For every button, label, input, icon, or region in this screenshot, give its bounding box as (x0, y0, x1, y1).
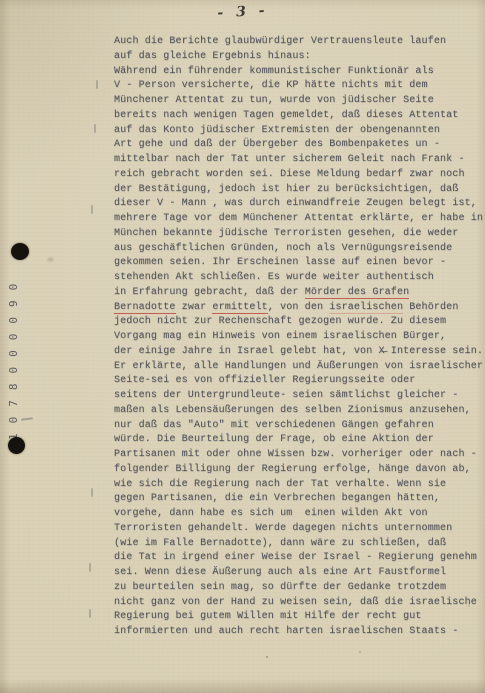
punch-hole-bottom (8, 437, 25, 454)
text-line: Während ein führender kommunistischer Fu… (114, 65, 485, 80)
document-page: - 3 - 1078000090 Auch die Berichte glaub… (0, 0, 485, 693)
text-line: Regierung bei gutem Willen mit Hilfe der… (114, 610, 485, 625)
pencil-tick-mark (89, 563, 91, 572)
margin-number-stamp: 1078000090 (7, 260, 20, 440)
text-line: bereits nach wenigen Tagen gemeldet, daß… (114, 109, 485, 124)
text-line: auf das gleiche Ergebnis hinaus: (114, 50, 485, 65)
text-line: folgender Billigung der Regierung erfolg… (114, 463, 485, 478)
punch-hole-top (11, 243, 29, 260)
text-line: Art gehe und daß der Übergeber des Bombe… (114, 138, 485, 153)
pencil-dash-mark (21, 417, 33, 420)
paper-speck (359, 651, 361, 653)
text-line: sei. Wenn diese Äußerung auch als eine A… (114, 566, 485, 581)
text-line: in Erfahrung gebracht, daß der Mörder de… (114, 286, 485, 301)
text-line: nicht ganz von der Hand zu weisen sein, … (114, 596, 485, 611)
pencil-tick-mark (94, 124, 96, 133)
text-line: zu beurteilen sein mag, so dürfte der Ge… (114, 581, 485, 596)
typewritten-text: Auch die Berichte glaubwürdiger Vertraue… (114, 35, 485, 640)
red-underline: Bernadotte (114, 302, 176, 314)
text-line: die Tat in irgend einer Weise der Israel… (114, 551, 485, 566)
red-underline: Mörder des Grafen (305, 287, 410, 299)
text-line: wie sich die Regierung nach der Tat verh… (114, 478, 485, 493)
text-line: (wie im Falle Bernadotte), dann wäre zu … (114, 537, 485, 552)
text-line: auf das Konto jüdischer Extremisten der … (114, 124, 485, 139)
page-number: - 3 - (208, 2, 279, 22)
pencil-tick-mark (91, 205, 93, 214)
red-underline: israelischen (329, 302, 403, 314)
text-line: jedoch nicht zur Rechenschaft gezogen wu… (114, 315, 485, 330)
text-line: dieser V - Mann , was durch einwandfreie… (114, 197, 485, 212)
text-line: Partisanen mit oder ohne Wissen bzw. vor… (114, 448, 485, 463)
text-line: Münchener Attentat zu tun, wurde von jüd… (114, 94, 485, 109)
text-line: würde. Die Beurteilung der Frage, ob ein… (114, 433, 485, 448)
text-line: nur daß das "Auto" mit verschiedenen Gän… (114, 419, 485, 434)
pencil-tick-mark (96, 80, 98, 89)
text-line: aus geschäftlichen Gründen, noch als Ver… (114, 242, 485, 257)
pencil-tick-mark (91, 488, 93, 497)
text-line: Er erklärte, alle Handlungen und Äußerun… (114, 360, 485, 375)
text-line: gekommen seien. Ihr Erscheinen lasse auf… (114, 256, 485, 271)
text-line: maßen als Lebensäußerungen des selben Zi… (114, 404, 485, 419)
text-line: der Bestätigung, jedoch ist hier zu berü… (114, 183, 485, 198)
text-line: München bekannte jüdische Terroristen ge… (114, 227, 485, 242)
text-line: reich gebracht worden sei. Diese Meldung… (114, 168, 485, 183)
text-line: V - Person versicherte, die KP hätte nic… (114, 79, 485, 94)
text-line: Seite-sei es von offizieller Regierungss… (114, 374, 485, 389)
text-line: Auch die Berichte glaubwürdiger Vertraue… (114, 35, 485, 50)
text-line: Bernadotte zwar ermittelt, von den israe… (114, 301, 485, 316)
text-line: mehrere Tage vor dem Münchener Attentat … (114, 212, 485, 227)
pencil-tick-mark (89, 609, 91, 618)
text-line: mittelbar nach der Tat unter sicherem Ge… (114, 153, 485, 168)
text-line: stehenden Akt schließen. Es wurde weiter… (114, 271, 485, 286)
text-line: Vorgang mag ein Hinweis von einem israel… (114, 330, 485, 345)
text-line: gegen Partisanen, die ein Verbrechen beg… (114, 492, 485, 507)
text-line: der einige Jahre in Israel gelebt hat, v… (114, 345, 485, 360)
red-underline: ermittelt (212, 302, 267, 314)
paper-speck (266, 656, 268, 658)
paper-smudge (46, 256, 55, 263)
text-line: informierten und auch recht harten israe… (114, 625, 485, 640)
text-line: seitens der Untergrundleute- seien sämtl… (114, 389, 485, 404)
text-line: Terroristen gehandelt. Werde dagegen nic… (114, 522, 485, 537)
text-line: vorgehe, dann habe es sich um einen wild… (114, 507, 485, 522)
